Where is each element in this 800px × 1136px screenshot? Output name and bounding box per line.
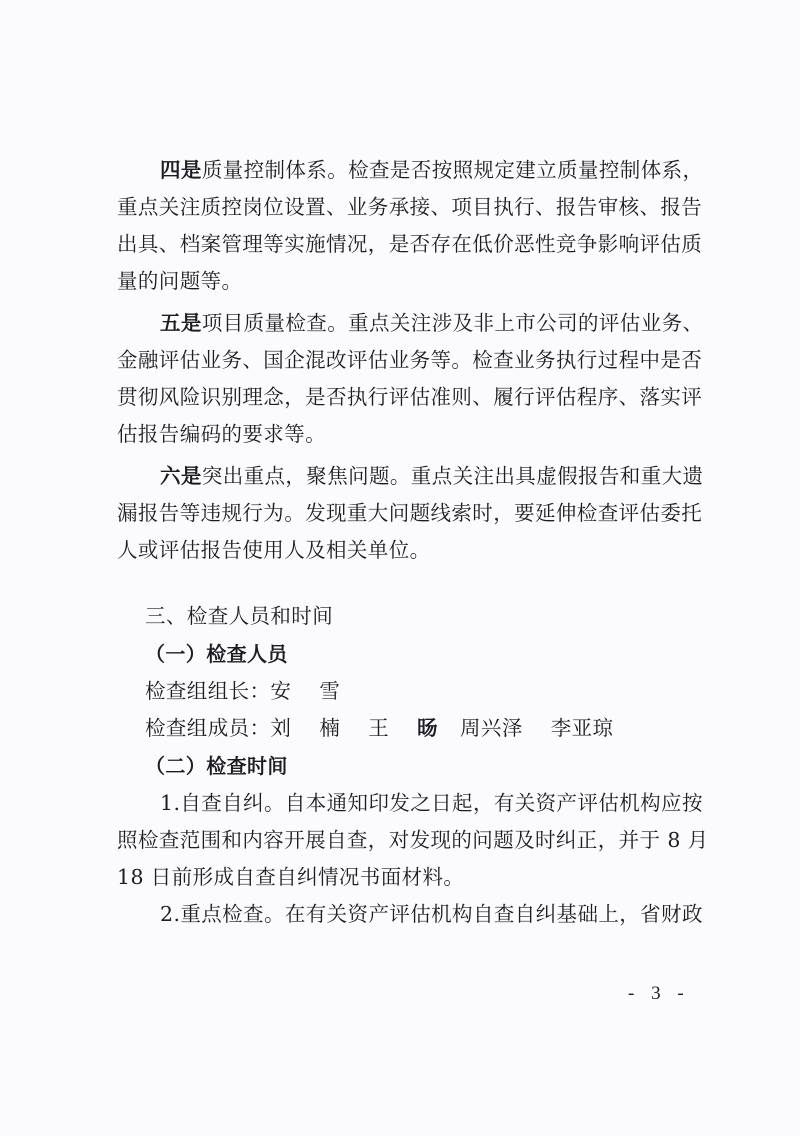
item1-line-1: 1.自查自纠。自本通知印发之日起，有关资产评估机构应按: [160, 790, 700, 816]
para5-line-1: 五是项目质量检查。重点关注涉及非上市公司的评估业务、: [160, 310, 700, 336]
para6-lead: 六是: [160, 464, 202, 488]
member-2-a: 王: [368, 716, 389, 740]
para4-line-3: 出具、档案管理等实施情况，是否存在低价恶性竞争影响评估质: [117, 231, 697, 257]
member-1-b: 楠: [319, 716, 340, 740]
item2-line-1: 2.重点检查。在有关资产评估机构自查自纠基础上，省财政: [160, 901, 700, 927]
members-label: 检查组成员：: [145, 716, 270, 740]
member-2-b: 旸: [417, 716, 438, 740]
leader-line: 检查组组长：安雪: [145, 678, 725, 704]
para5-line-3: 贯彻风险识别理念，是否执行评估准则、履行评估程序、落实评: [117, 384, 697, 410]
para6-line-3: 人或评估报告使用人及相关单位。: [117, 537, 697, 563]
para6-line-2: 漏报告等违规行为。发现重大问题线索时，要延伸检查评估委托: [117, 500, 697, 526]
para4-lead: 四是: [160, 158, 202, 182]
item1-line-2: 照检查范围和内容开展自查，对发现的问题及时纠正，并于 8 月: [117, 827, 697, 853]
member-1-a: 刘: [270, 716, 291, 740]
leader-name-1: 安: [270, 679, 291, 703]
members-line: 检查组成员：刘楠王旸周兴泽李亚琼: [145, 715, 725, 741]
item1-line-3: 18 日前形成自查自纠情况书面材料。: [117, 864, 697, 890]
leader-name-2: 雪: [319, 679, 340, 703]
para4-line-1: 四是质量控制体系。检查是否按照规定建立质量控制体系，: [160, 157, 700, 183]
section-3-heading: 三、检查人员和时间: [145, 603, 725, 629]
page-number: - 3 -: [628, 983, 690, 1005]
subsection-2-heading: （二）检查时间: [145, 753, 725, 779]
subsection-1-heading: （一）检查人员: [145, 641, 725, 667]
para4-line-4: 量的问题等。: [117, 268, 697, 294]
para4-line-2: 重点关注质控岗位设置、业务承接、项目执行、报告审核、报告: [117, 194, 697, 220]
member-4: 李亚琼: [551, 716, 614, 740]
document-page: 四是质量控制体系。检查是否按照规定建立质量控制体系， 重点关注质控岗位设置、业务…: [0, 0, 800, 1136]
leader-label: 检查组组长：: [145, 679, 270, 703]
para5-lead: 五是: [160, 311, 202, 335]
para5-line-2: 金融评估业务、国企混改评估业务等。检查业务执行过程中是否: [117, 347, 697, 373]
para6-line-1: 六是突出重点，聚焦问题。重点关注出具虚假报告和重大遗: [160, 463, 700, 489]
member-3: 周兴泽: [460, 716, 523, 740]
para5-line-4: 估报告编码的要求等。: [117, 421, 697, 447]
